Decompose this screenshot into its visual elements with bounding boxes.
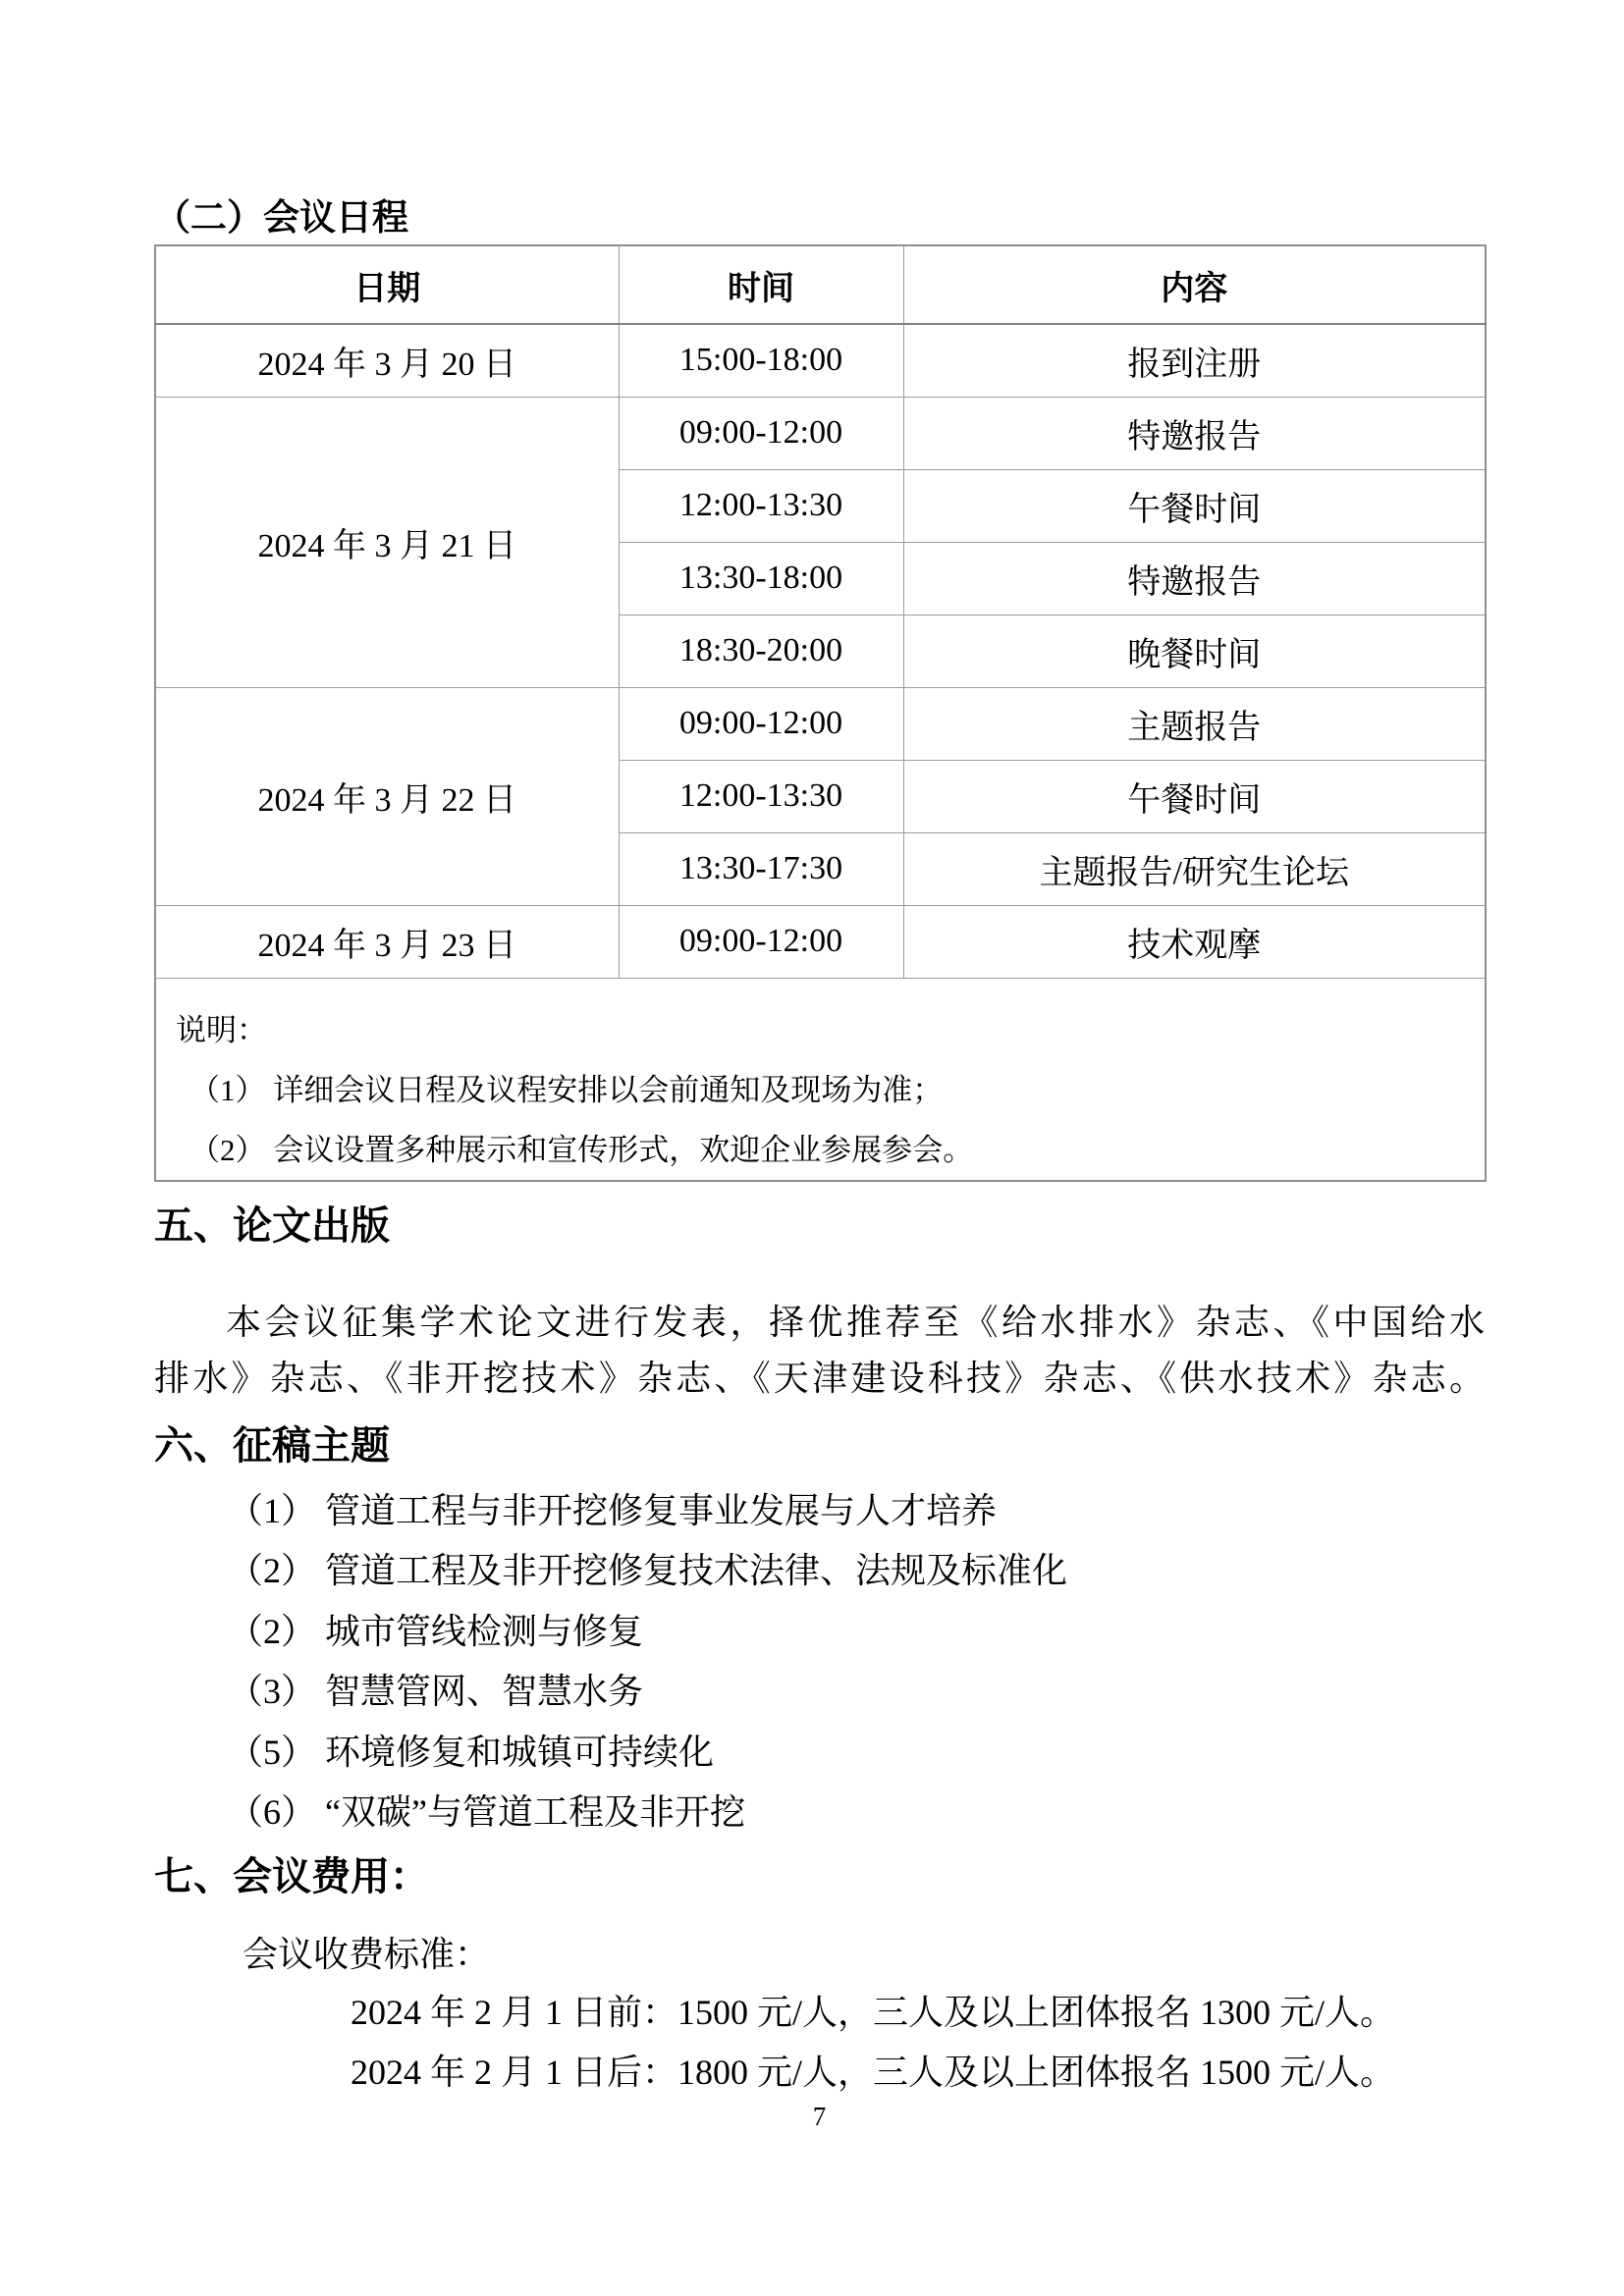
time-cell: 09:00-12:00 bbox=[619, 905, 903, 978]
date-cell: 2024 年 3 月 21 日 bbox=[155, 397, 619, 687]
section-2-heading: （二）会议日程 bbox=[154, 197, 1485, 240]
table-row: 2024 年 3 月 23 日 09:00-12:00 技术观摩 bbox=[155, 905, 1486, 978]
col-header-time: 时间 bbox=[619, 245, 903, 324]
page-number: 7 bbox=[154, 2103, 1485, 2130]
page-content: （二）会议日程 日期 时间 内容 2024 年 3 月 20 日 15:00-1… bbox=[0, 197, 1624, 2130]
content-cell: 报到注册 bbox=[903, 324, 1486, 397]
list-item: （6） “双碳”与管道工程及非开挖 bbox=[154, 1783, 1485, 1843]
content-cell: 午餐时间 bbox=[903, 469, 1486, 542]
section-6-heading: 六、征稿主题 bbox=[154, 1423, 1485, 1468]
schedule-table: 日期 时间 内容 2024 年 3 月 20 日 15:00-18:00 报到注… bbox=[154, 244, 1487, 1182]
topic-list: （1） 管道工程与非开挖修复事业发展与人才培养 （2） 管道工程及非开挖修复技术… bbox=[154, 1481, 1485, 1843]
content-cell: 晚餐时间 bbox=[903, 614, 1486, 687]
list-item: （1） 管道工程与非开挖修复事业发展与人才培养 bbox=[154, 1481, 1485, 1542]
list-item: （3） 智慧管网、智慧水务 bbox=[154, 1662, 1485, 1723]
fee-lines: 2024 年 2 月 1 日前：1500 元/人，三人及以上团体报名 1300 … bbox=[154, 1983, 1485, 2103]
time-cell: 13:30-17:30 bbox=[619, 832, 903, 905]
note-item: （2） 会议设置多种展示和宣传形式，欢迎企业参展参会。 bbox=[176, 1120, 1461, 1180]
notes-box: 说明： （1） 详细会议日程及议程安排以会前通知及现场为准； （2） 会议设置多… bbox=[156, 979, 1485, 1180]
notes-row: 说明： （1） 详细会议日程及议程安排以会前通知及现场为准； （2） 会议设置多… bbox=[155, 978, 1486, 1181]
table-row: 2024 年 3 月 22 日 09:00-12:00 主题报告 bbox=[155, 687, 1486, 760]
col-header-date: 日期 bbox=[155, 245, 619, 324]
content-cell: 午餐时间 bbox=[903, 760, 1486, 832]
fee-line: 2024 年 2 月 1 日后：1800 元/人，三人及以上团体报名 1500 … bbox=[154, 2043, 1485, 2103]
list-item: （2） 城市管线检测与修复 bbox=[154, 1602, 1485, 1663]
time-cell: 12:00-13:30 bbox=[619, 760, 903, 832]
content-cell: 特邀报告 bbox=[903, 542, 1486, 614]
list-item: （5） 环境修复和城镇可持续化 bbox=[154, 1723, 1485, 1784]
time-cell: 15:00-18:00 bbox=[619, 324, 903, 397]
note-item: （1） 详细会议日程及议程安排以会前通知及现场为准； bbox=[176, 1060, 1461, 1120]
time-cell: 12:00-13:30 bbox=[619, 469, 903, 542]
table-row: 2024 年 3 月 21 日 09:00-12:00 特邀报告 bbox=[155, 397, 1486, 469]
content-cell: 主题报告/研究生论坛 bbox=[903, 832, 1486, 905]
paragraph-line: 排水》杂志、《非开挖技术》杂志、《天津建设科技》杂志、《供水技术》杂志。 bbox=[154, 1351, 1485, 1407]
date-cell: 2024 年 3 月 20 日 bbox=[155, 324, 619, 397]
notes-label: 说明： bbox=[176, 1000, 1461, 1060]
time-cell: 13:30-18:00 bbox=[619, 542, 903, 614]
list-item: （2） 管道工程及非开挖修复技术法律、法规及标准化 bbox=[154, 1541, 1485, 1602]
content-cell: 主题报告 bbox=[903, 687, 1486, 760]
content-cell: 技术观摩 bbox=[903, 905, 1486, 978]
paragraph-line: 本会议征集学术论文进行发表，择优推荐至《给水排水》杂志、《中国给水 bbox=[154, 1295, 1485, 1351]
document-page: （二）会议日程 日期 时间 内容 2024 年 3 月 20 日 15:00-1… bbox=[0, 0, 1624, 2296]
date-cell: 2024 年 3 月 23 日 bbox=[155, 905, 619, 978]
section-5-heading: 五、论文出版 bbox=[154, 1203, 1485, 1249]
fee-standard-label: 会议收费标准： bbox=[154, 1927, 1485, 1983]
time-cell: 09:00-12:00 bbox=[619, 687, 903, 760]
time-cell: 09:00-12:00 bbox=[619, 397, 903, 469]
section-5-paragraph: 本会议征集学术论文进行发表，择优推荐至《给水排水》杂志、《中国给水 排水》杂志、… bbox=[154, 1295, 1485, 1407]
fee-line: 2024 年 2 月 1 日前：1500 元/人，三人及以上团体报名 1300 … bbox=[154, 1983, 1485, 2043]
content-cell: 特邀报告 bbox=[903, 397, 1486, 469]
schedule-header-row: 日期 时间 内容 bbox=[155, 245, 1486, 324]
notes-cell: 说明： （1） 详细会议日程及议程安排以会前通知及现场为准； （2） 会议设置多… bbox=[155, 978, 1486, 1181]
col-header-content: 内容 bbox=[903, 245, 1486, 324]
section-7-heading: 七、会议费用： bbox=[154, 1854, 1485, 1899]
date-cell: 2024 年 3 月 22 日 bbox=[155, 687, 619, 905]
table-row: 2024 年 3 月 20 日 15:00-18:00 报到注册 bbox=[155, 324, 1486, 397]
time-cell: 18:30-20:00 bbox=[619, 614, 903, 687]
